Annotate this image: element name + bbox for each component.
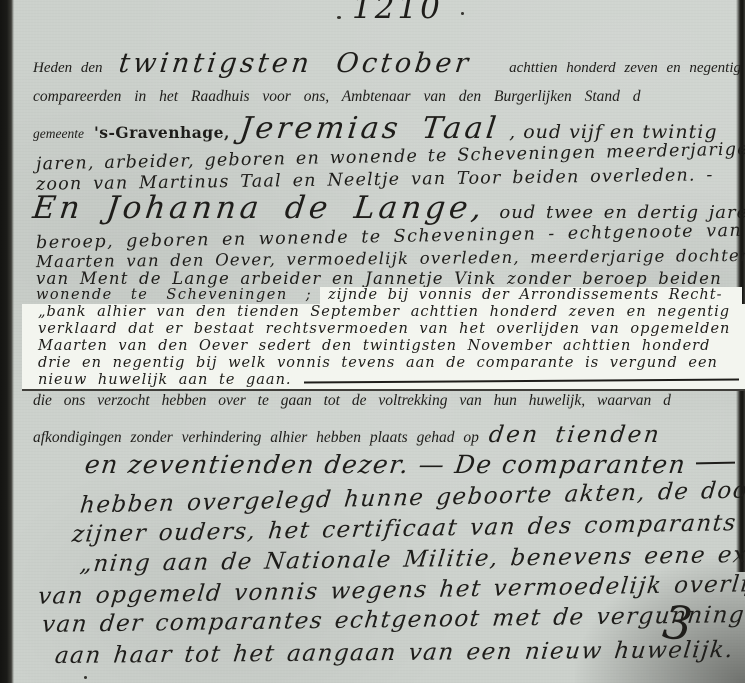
municipality-name: 's-Gravenhage, <box>94 123 230 142</box>
line-marriage-request: die ons verzocht hebben over te gaan tot… <box>33 392 743 410</box>
flourish-rule <box>304 378 739 383</box>
line-court-verdict-1: wonende te Scheveningen ; zijnde bij von… <box>36 287 742 304</box>
line-court-verdict-3: verklaard dat er bestaat rechtsvermoeden… <box>22 321 745 338</box>
printed-text: gemeente <box>33 126 84 142</box>
line-court-verdict-6: nieuw huwelijk aan te gaan. <box>22 372 745 391</box>
bride-name: En Johanna de Lange, <box>31 190 488 226</box>
line-registrar-intro: compareerden in het Raadhuis voor ons, A… <box>33 88 741 106</box>
printed-text: afkondigingen zonder verhindering alhier… <box>33 429 479 447</box>
line-date-heading: Heden den twintigsten October achttien h… <box>33 48 741 79</box>
printed-text: Heden den <box>33 60 103 77</box>
ink-speck <box>461 12 464 15</box>
line-groom-intro: gemeente 's-Gravenhage, Jeremias Taal , … <box>33 111 741 146</box>
highlighted-text: „bank alhier van den tienden September a… <box>38 304 730 320</box>
banns-date: den tienden <box>487 422 662 448</box>
line-banns: afkondigingen zonder verhindering alhier… <box>33 422 743 448</box>
printed-text: compareerden in het Raadhuis voor ons, A… <box>33 88 641 105</box>
printed-text: die ons verzocht hebben over te gaan tot… <box>33 392 671 409</box>
highlighted-text: nieuw huwelijk aan te gaan. <box>38 372 292 389</box>
handwritten-text: wonende te Scheveningen ; <box>36 287 312 304</box>
ink-speck <box>84 676 87 679</box>
line-court-verdict-5: drie en negentig bij welk vonnis tevens … <box>22 355 745 372</box>
handwritten-date: twintigsten October <box>117 48 473 79</box>
line-bride-parents: van Ment de Lange arbeider en Jannetje V… <box>36 269 722 288</box>
line-banns-dates: en zeventienden dezer. — De comparanten <box>85 450 735 479</box>
handwritten-text: oud twee en dertig jaren zonder <box>499 202 745 223</box>
scanned-document-page: 1210 3 Heden den twintigsten October ach… <box>0 0 745 683</box>
handwritten-text: en zeventienden dezer. — De comparanten <box>83 450 688 479</box>
ink-speck <box>337 16 341 19</box>
highlighted-text: Maarten van den Oever sedert den twintig… <box>38 338 710 354</box>
handwritten-text: , oud vijf en twintig <box>509 121 717 143</box>
page-number: 1210 <box>352 0 443 26</box>
groom-name: Jeremias Taal <box>238 111 502 146</box>
line-court-verdict-2: „bank alhier van den tienden September a… <box>22 304 745 321</box>
left-page-edge-shadow <box>0 0 14 683</box>
highlighted-text: zijnde bij vonnis der Arrondissements Re… <box>320 287 742 304</box>
printed-year: achttien honderd zeven en negentig <box>509 60 741 77</box>
flourish-rule <box>696 462 735 465</box>
handwritten-text: van Ment de Lange arbeider en Jannetje V… <box>36 269 722 288</box>
line-court-verdict-4: Maarten van den Oever sedert den twintig… <box>22 338 745 355</box>
highlighted-text: drie en negentig bij welk vonnis tevens … <box>38 355 718 371</box>
highlighted-text: verklaard dat er bestaat rechtsvermoeden… <box>38 321 730 337</box>
line-bride-intro: En Johanna de Lange, oud twee en dertig … <box>33 190 741 226</box>
